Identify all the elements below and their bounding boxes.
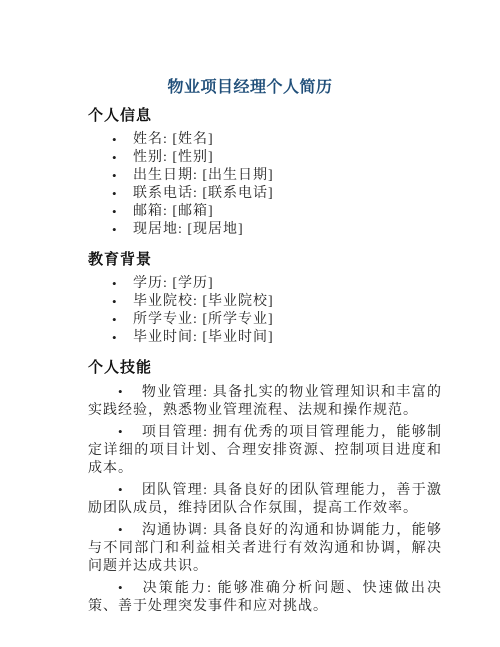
- list-item: • 学历: [学历]: [88, 275, 442, 293]
- list-item-text: 毕业时间: [毕业时间]: [133, 330, 274, 345]
- list-item-text: 姓名: [姓名]: [133, 132, 214, 147]
- list-item: • 毕业院校: [毕业院校]: [88, 293, 442, 311]
- bullet-icon: •: [112, 221, 118, 239]
- bullet-icon: •: [118, 424, 124, 439]
- list-item: • 联系电话: [联系电话]: [88, 185, 442, 203]
- list-item-text: 学历: [学历]: [133, 276, 214, 291]
- list-item: • 所学专业: [所学专业]: [88, 311, 442, 329]
- skill-text: 项目管理: 拥有优秀的项目管理能力，能够制定详细的项目计划、合理安排资源、控制项…: [88, 425, 442, 476]
- bullet-icon: •: [112, 203, 118, 221]
- skill-paragraph: •项目管理: 拥有优秀的项目管理能力，能够制定详细的项目计划、合理安排资源、控制…: [88, 423, 442, 478]
- personal-info-list: • 姓名: [姓名] • 性别: [性别] • 出生日期: [出生日期] • 联…: [88, 131, 442, 239]
- list-item: • 性别: [性别]: [88, 149, 442, 167]
- document-content: 个人信息 • 姓名: [姓名] • 性别: [性别] • 出生日期: [出生日期…: [0, 107, 500, 616]
- skill-paragraph: •沟通协调: 具备良好的沟通和协调能力，能够与不同部门和利益相关者进行有效沟通和…: [88, 521, 442, 576]
- bullet-icon: •: [112, 149, 118, 167]
- bullet-icon: •: [118, 384, 124, 399]
- bullet-icon: •: [112, 167, 118, 185]
- list-item: • 出生日期: [出生日期]: [88, 167, 442, 185]
- skill-paragraph: •物业管理: 具备扎实的物业管理知识和丰富的实践经验，熟悉物业管理流程、法规和操…: [88, 383, 442, 420]
- section-heading-personal-info: 个人信息: [88, 107, 442, 125]
- bullet-icon: •: [112, 311, 118, 329]
- skill-text: 物业管理: 具备扎实的物业管理知识和丰富的实践经验，熟悉物业管理流程、法规和操作…: [88, 385, 442, 418]
- skill-text: 沟通协调: 具备良好的沟通和协调能力，能够与不同部门和利益相关者进行有效沟通和协…: [88, 523, 442, 574]
- list-item: • 邮箱: [邮箱]: [88, 203, 442, 221]
- skills-list: •物业管理: 具备扎实的物业管理知识和丰富的实践经验，熟悉物业管理流程、法规和操…: [88, 383, 442, 616]
- bullet-icon: •: [118, 522, 124, 537]
- bullet-icon: •: [112, 293, 118, 311]
- bullet-icon: •: [112, 275, 118, 293]
- section-heading-skills: 个人技能: [88, 359, 442, 377]
- skill-paragraph: •团队管理: 具备良好的团队管理能力，善于激励团队成员，维持团队合作氛围，提高工…: [88, 481, 442, 518]
- bullet-icon: •: [118, 482, 124, 497]
- skill-paragraph: •决策能力: 能够准确分析问题、快速做出决策、善于处理突发事件和应对挑战。: [88, 579, 442, 616]
- section-heading-education: 教育背景: [88, 251, 442, 269]
- document-title: 物业项目经理个人简历: [0, 0, 500, 96]
- list-item-text: 毕业院校: [毕业院校]: [133, 294, 274, 309]
- skill-text: 团队管理: 具备良好的团队管理能力，善于激励团队成员，维持团队合作氛围，提高工作…: [88, 483, 442, 516]
- list-item-text: 出生日期: [出生日期]: [133, 168, 274, 183]
- list-item-text: 所学专业: [所学专业]: [133, 312, 274, 327]
- list-item-text: 性别: [性别]: [133, 150, 214, 165]
- education-list: • 学历: [学历] • 毕业院校: [毕业院校] • 所学专业: [所学专业]…: [88, 275, 442, 347]
- bullet-icon: •: [112, 185, 118, 203]
- list-item-text: 现居地: [现居地]: [133, 222, 244, 237]
- list-item-text: 联系电话: [联系电话]: [133, 186, 274, 201]
- resume-document: 物业项目经理个人简历 个人信息 • 姓名: [姓名] • 性别: [性别] • …: [0, 0, 500, 647]
- list-item-text: 邮箱: [邮箱]: [133, 204, 214, 219]
- list-item: • 姓名: [姓名]: [88, 131, 442, 149]
- skill-text: 决策能力: 能够准确分析问题、快速做出决策、善于处理突发事件和应对挑战。: [88, 581, 442, 614]
- list-item: • 毕业时间: [毕业时间]: [88, 329, 442, 347]
- bullet-icon: •: [112, 131, 118, 149]
- bullet-icon: •: [118, 580, 124, 595]
- list-item: • 现居地: [现居地]: [88, 221, 442, 239]
- bullet-icon: •: [112, 329, 118, 347]
